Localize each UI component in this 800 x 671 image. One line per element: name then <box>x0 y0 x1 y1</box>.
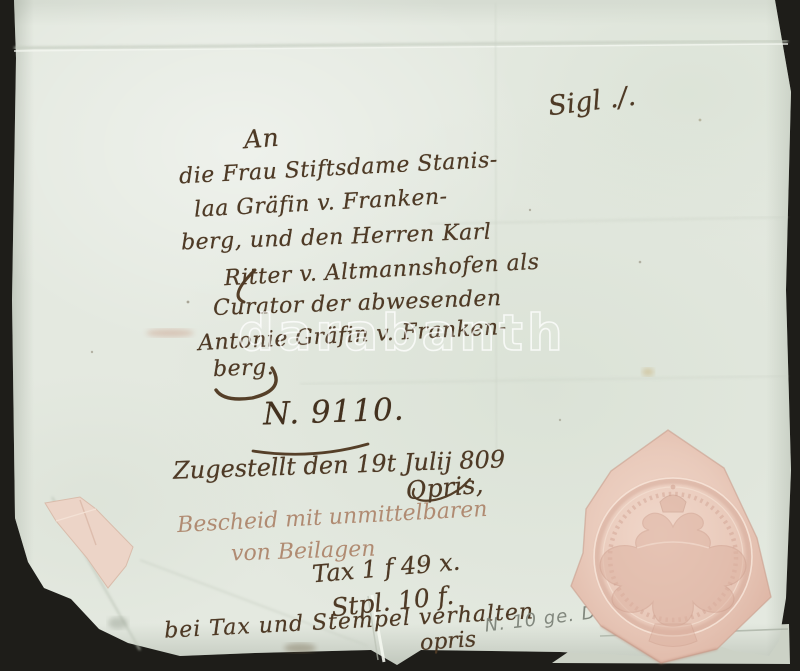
scanned-document: Sigl ./. An die Frau Stiftsdame Stanis- … <box>0 0 800 671</box>
fees-signature: opris <box>419 627 477 656</box>
registry-number: N. 9110. <box>262 392 405 433</box>
address-line: An <box>243 123 280 154</box>
address-line: berg. <box>213 355 275 382</box>
